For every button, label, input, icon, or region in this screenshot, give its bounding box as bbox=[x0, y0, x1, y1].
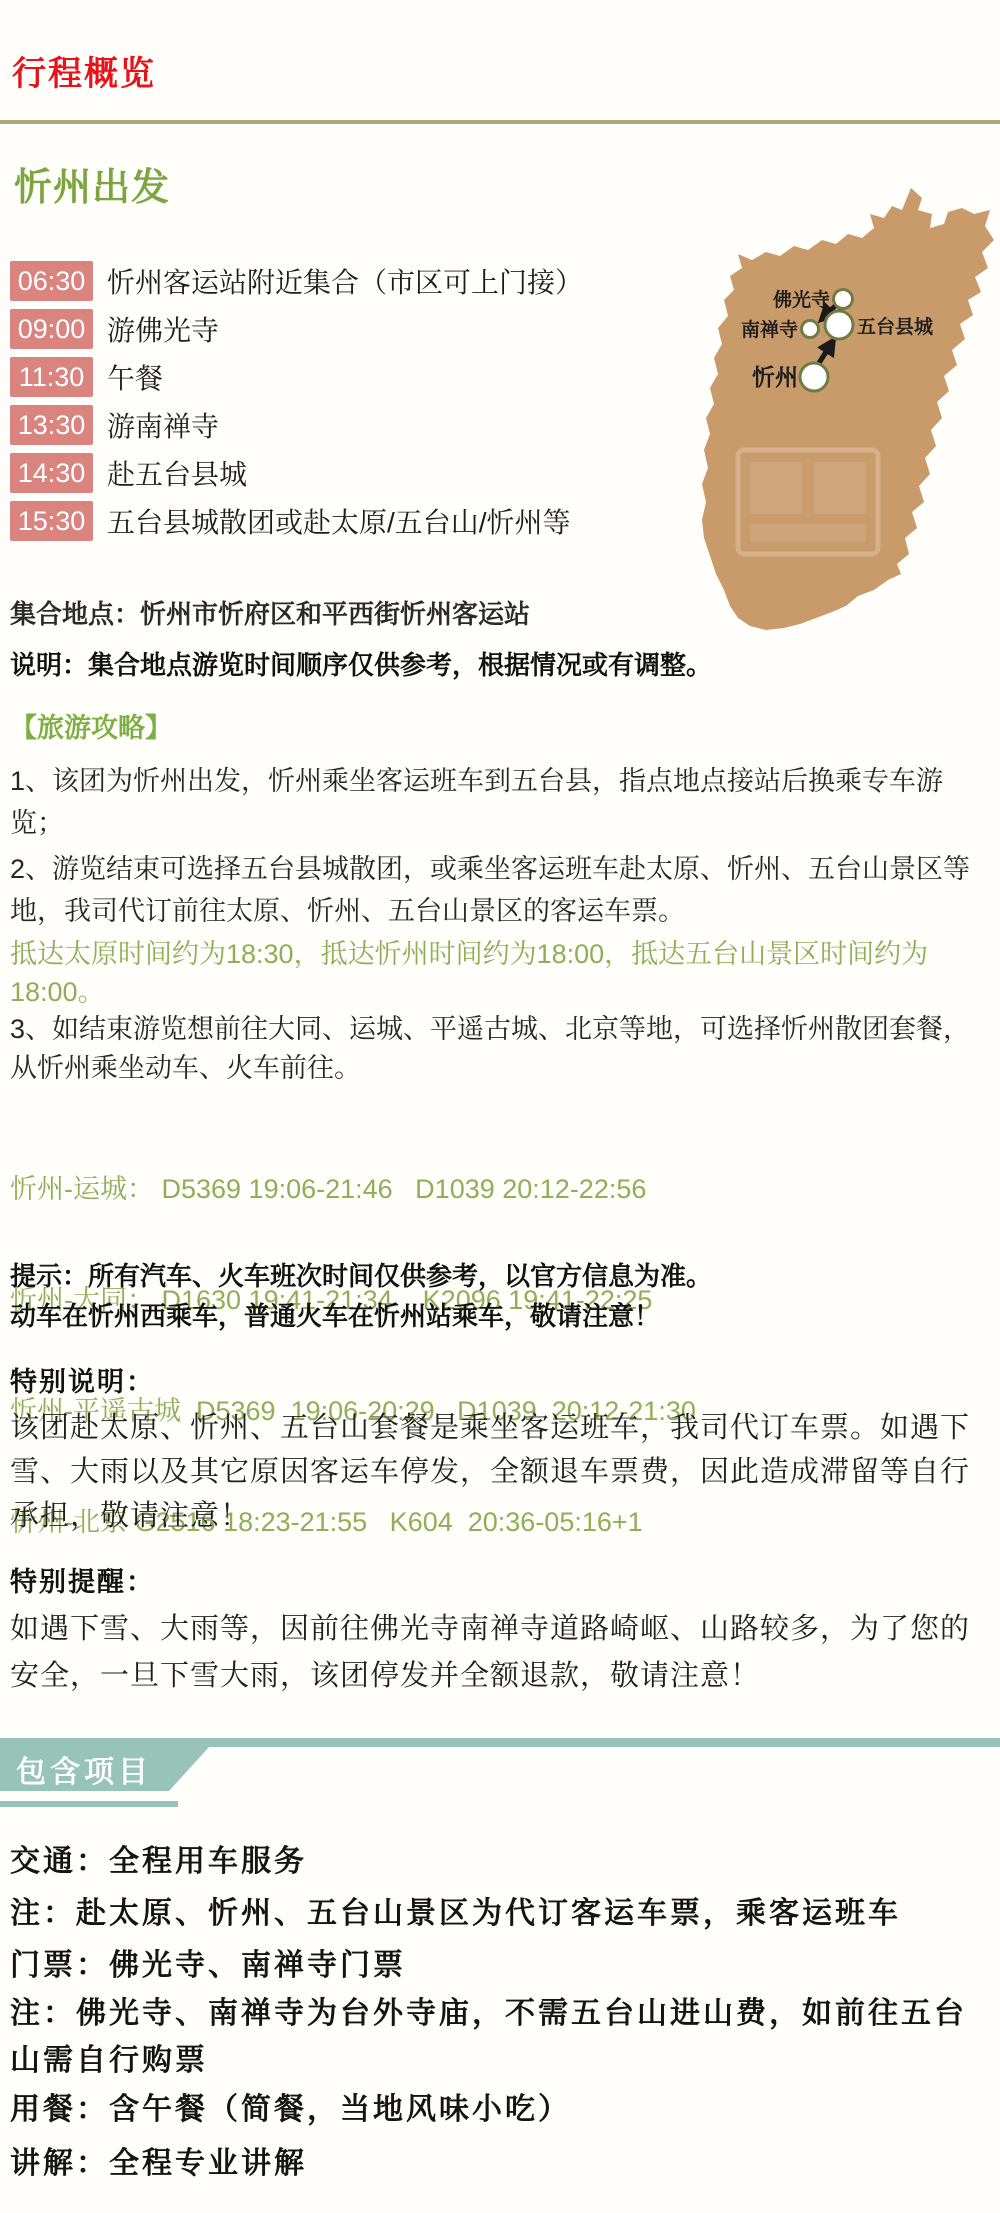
route-map: 佛光寺 南禅寺 五台县城 忻州 bbox=[688, 182, 1000, 634]
schedule-row: 15:30 五台县城散团或赴太原/五台山/忻州等 bbox=[10, 501, 583, 541]
banner-underline bbox=[0, 1801, 178, 1807]
schedule-activity: 游佛光寺 bbox=[107, 309, 219, 349]
shanxi-map: 佛光寺 南禅寺 五台县城 忻州 bbox=[688, 182, 1000, 634]
label-nanchan-temple: 南禅寺 bbox=[741, 318, 798, 341]
included-item-transport: 交通：全程用车服务 bbox=[10, 1838, 990, 1885]
schedule-row: 06:30 忻州客运站附近集合（市区可上门接） bbox=[10, 261, 583, 301]
schedule-note-text: 说明：集合地点游览时间顺序仅供参考，根据情况或有调整。 bbox=[10, 645, 712, 682]
included-items-banner-label: 包含项目 bbox=[16, 1747, 152, 1791]
included-item-tickets-note: 注：佛光寺、南禅寺为台外寺庙，不需五台山进山费，如前往五台山需自行购票 bbox=[10, 1990, 990, 2084]
schedule-activity: 五台县城散团或赴太原/五台山/忻州等 bbox=[107, 501, 571, 541]
schedule-activity: 赴五台县城 bbox=[107, 453, 247, 493]
schedule-activity: 午餐 bbox=[107, 357, 163, 397]
marker-foguang-temple bbox=[834, 290, 853, 309]
marker-xinzhou bbox=[800, 363, 828, 391]
title-divider bbox=[0, 120, 1000, 124]
train-line: 忻州-运城： D5369 19:06-21:46 D1039 20:12-22:… bbox=[10, 1171, 696, 1208]
time-badge: 15:30 bbox=[10, 501, 93, 541]
reminder-body: 如遇下雪、大雨等，因前往佛光寺南禅寺道路崎岖、山路较多，为了您的安全，一旦下雪大… bbox=[10, 1606, 988, 1700]
tip-station-notice: 动车在忻州西乘车，普通火车在忻州站乘车，敬请注意！ bbox=[10, 1296, 990, 1333]
time-badge: 09:00 bbox=[10, 309, 93, 349]
time-badge: 11:30 bbox=[10, 357, 93, 397]
arrival-times-note: 抵达太原时间约为18:30，抵达忻州时间约为18:00，抵达五台山景区时间约为1… bbox=[10, 935, 995, 1011]
included-item-meals: 用餐：含午餐（简餐，当地风味小吃） bbox=[10, 2086, 990, 2133]
label-foguang-temple: 佛光寺 bbox=[772, 288, 830, 311]
travel-guide-label: 【旅游攻略】 bbox=[10, 706, 172, 745]
included-item-guide: 讲解：全程专业讲解 bbox=[10, 2140, 990, 2187]
schedule-list: 06:30 忻州客运站附近集合（市区可上门接） 09:00 游佛光寺 11:30… bbox=[10, 261, 583, 541]
reminder-title: 特别提醒： bbox=[10, 1560, 310, 1599]
time-badge: 14:30 bbox=[10, 453, 93, 493]
tip-official-times: 提示：所有汽车、火车班次时间仅供参考，以官方信息为准。 bbox=[10, 1256, 990, 1293]
marker-wutai-county bbox=[825, 311, 853, 339]
province-shape bbox=[702, 188, 994, 630]
special-note-title: 特别说明： bbox=[10, 1360, 310, 1399]
guide-paragraph-2: 2、游览结束可选择五台县城散团，或乘坐客运班车赴太原、忻州、五台山景区等地，我司… bbox=[10, 848, 982, 932]
included-item-transport-note: 注：赴太原、忻州、五台山景区为代订客运车票，乘客运班车 bbox=[10, 1890, 990, 1937]
meeting-point-text: 集合地点：忻州市忻府区和平西街忻州客运站 bbox=[10, 594, 530, 631]
time-badge: 06:30 bbox=[10, 261, 93, 301]
special-note-body: 该团赴太原、忻州、五台山套餐是乘坐客运班车，我司代订车票。如遇下雪、大雨以及其它… bbox=[10, 1406, 988, 1538]
label-xinzhou: 忻州 bbox=[751, 364, 798, 390]
itinerary-page: 行程概览 忻州出发 06:30 忻州客运站附近集合（市区可上门接） 09:00 … bbox=[0, 0, 1000, 2213]
included-item-tickets: 门票：佛光寺、南禅寺门票 bbox=[10, 1942, 990, 1989]
schedule-activity: 游南禅寺 bbox=[107, 405, 219, 445]
schedule-row: 11:30 午餐 bbox=[10, 357, 583, 397]
schedule-row: 14:30 赴五台县城 bbox=[10, 453, 583, 493]
time-badge: 13:30 bbox=[10, 405, 93, 445]
marker-nanchan-temple bbox=[802, 321, 819, 338]
page-title: 行程概览 bbox=[12, 46, 156, 95]
schedule-row: 13:30 游南禅寺 bbox=[10, 405, 583, 445]
schedule-activity: 忻州客运站附近集合（市区可上门接） bbox=[107, 261, 583, 301]
label-wutai-county: 五台县城 bbox=[857, 315, 934, 338]
departure-section-title: 忻州出发 bbox=[14, 156, 170, 211]
guide-paragraph-3: 3、如结束游览想前往大同、运城、平遥古城、北京等地，可选择忻州散团套餐，从忻州乘… bbox=[10, 1010, 982, 1088]
guide-paragraph-1: 1、该团为忻州出发，忻州乘坐客运班车到五台县，指点地点接站后换乘专车游览； bbox=[10, 760, 982, 844]
schedule-row: 09:00 游佛光寺 bbox=[10, 309, 583, 349]
